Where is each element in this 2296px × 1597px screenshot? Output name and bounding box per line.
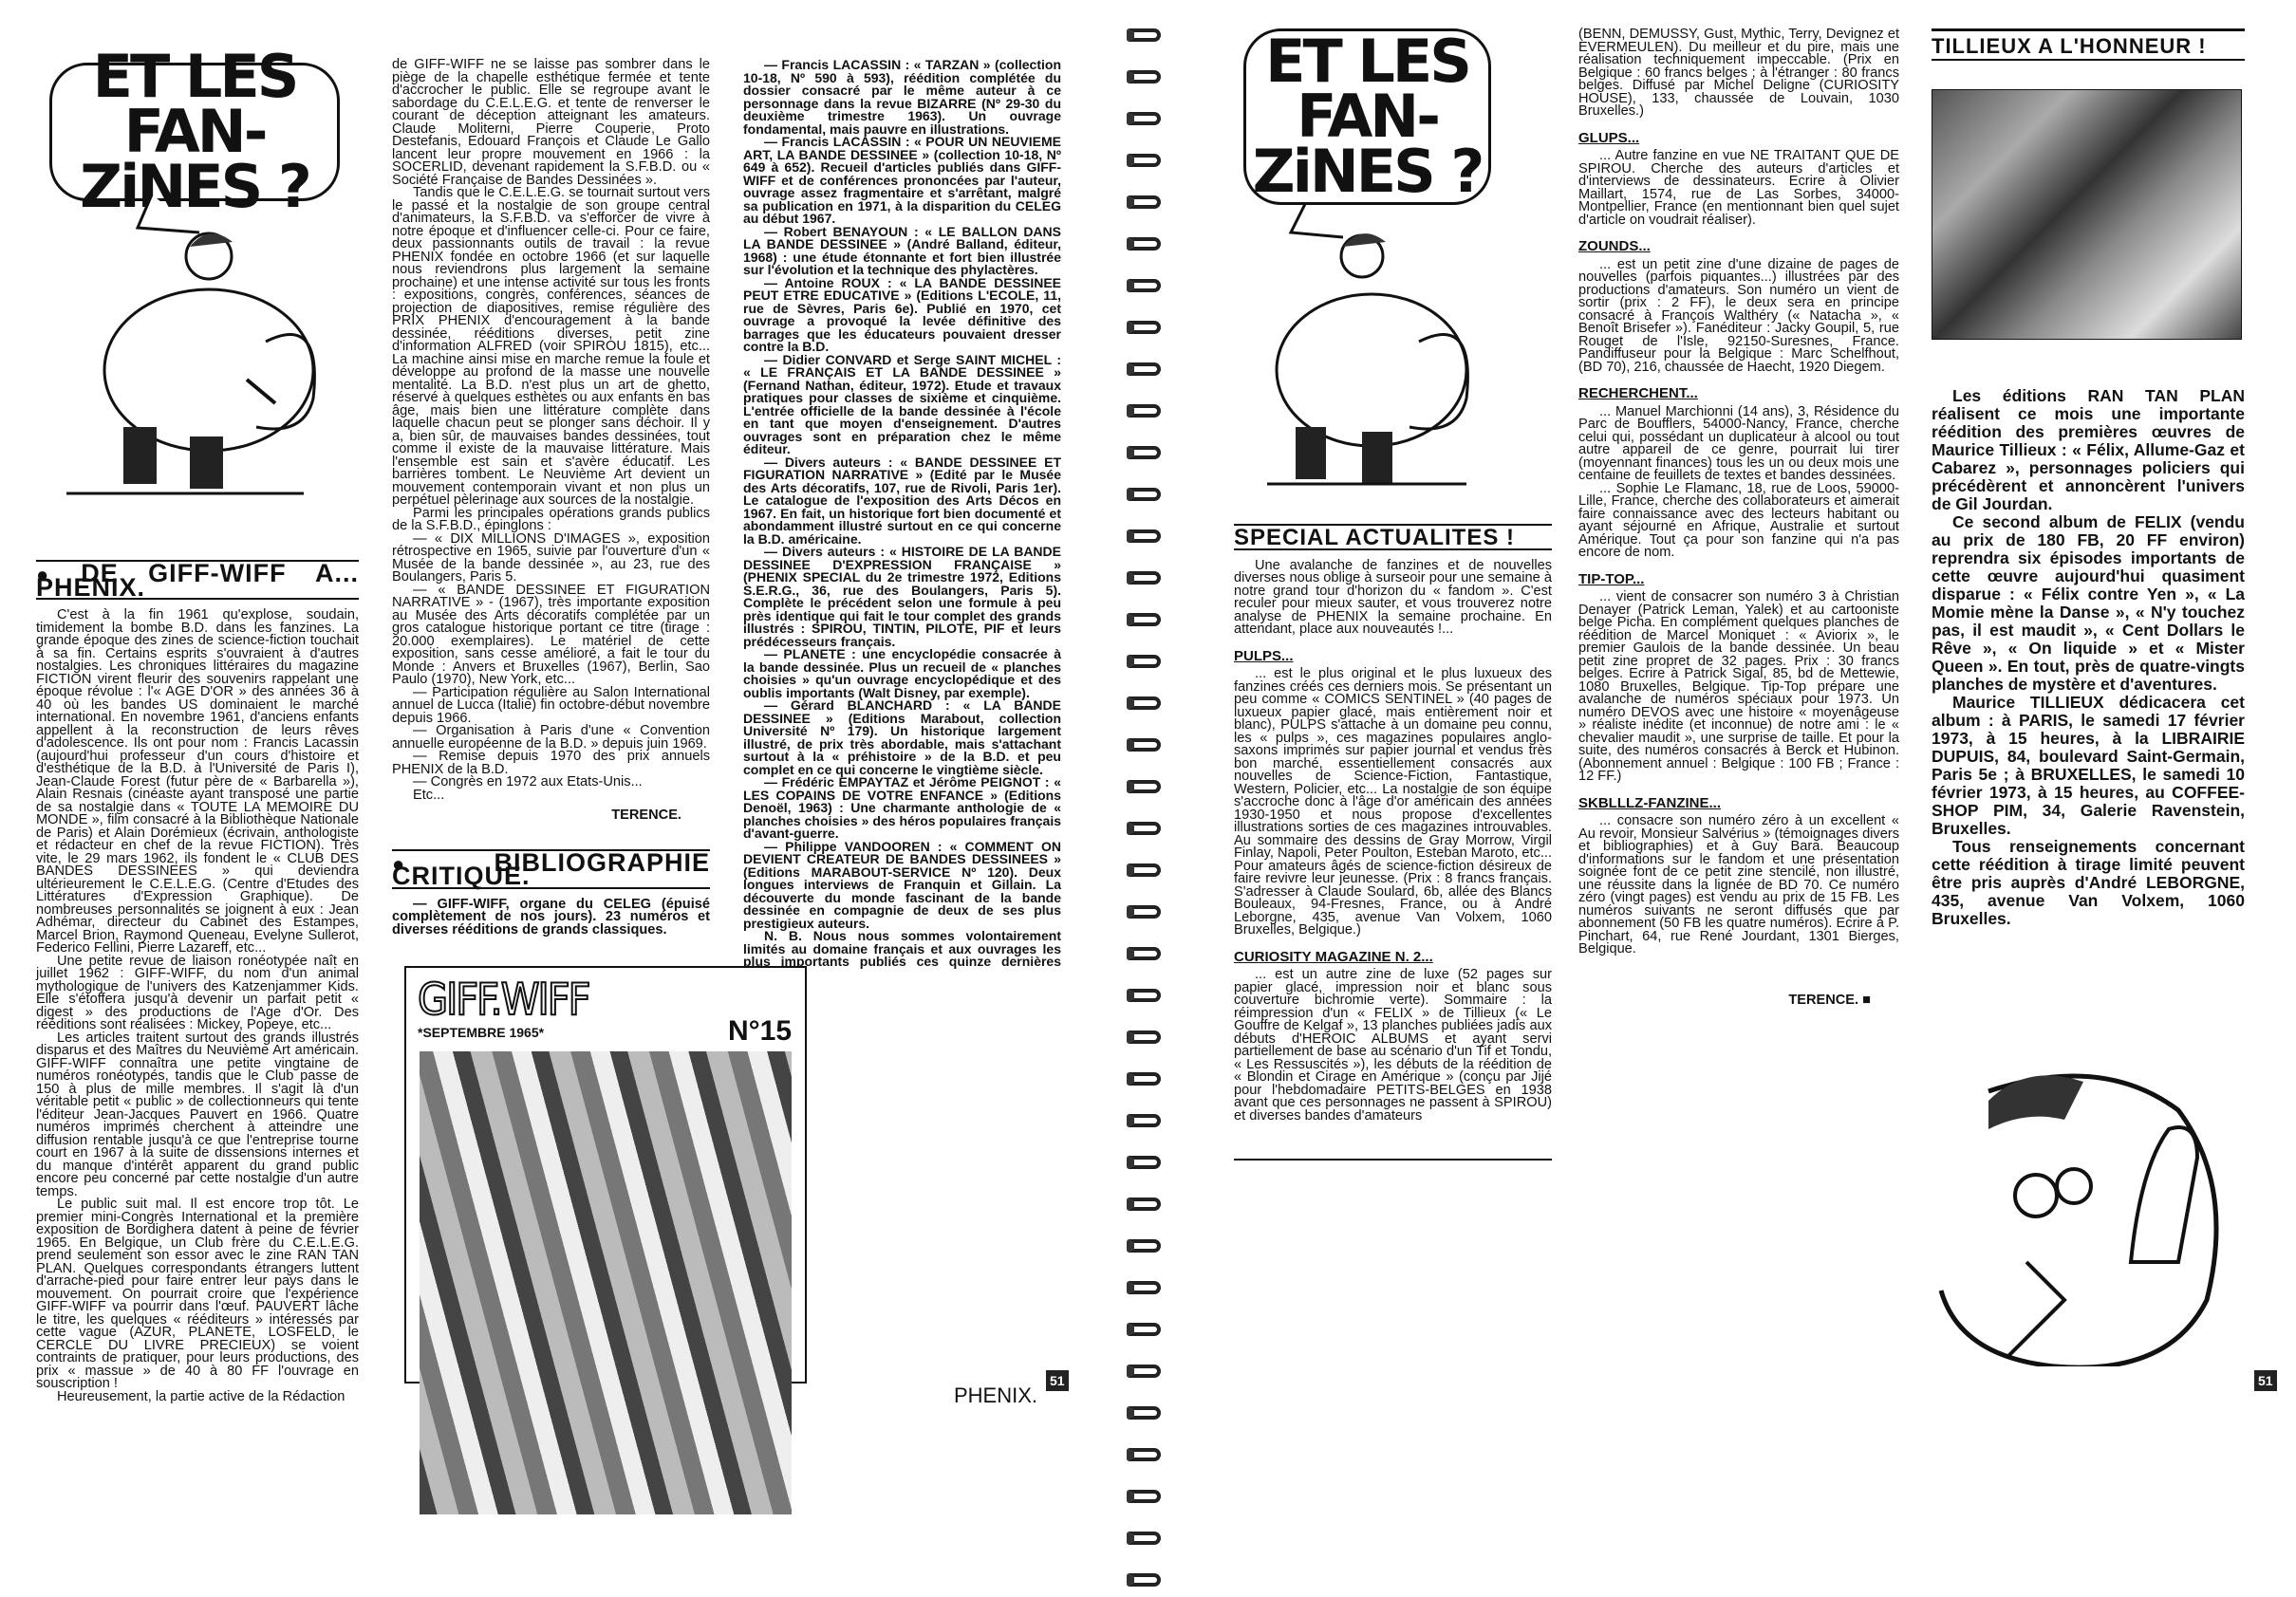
paragraph: Les éditions RAN TAN PLAN réalisent ce m… <box>1932 387 2245 513</box>
spiral-coil <box>1127 404 1161 418</box>
bibliography-entry: — Frédéric EMPAYTAZ et Jérôme PEIGNOT : … <box>743 776 1061 841</box>
spiral-coil <box>1127 362 1161 376</box>
paragraph: Parmi les principales opérations grands … <box>392 508 710 533</box>
cover-artwork <box>420 1051 792 1514</box>
paragraph: de GIFF-WIFF ne se laisse pas sombrer da… <box>392 59 710 187</box>
right-column-2: (BENN, DEMUSSY, Gust, Mythic, Terry, Dev… <box>1578 28 1899 1007</box>
paragraph: ... Manuel Marchionni (14 ans), 3, Résid… <box>1578 406 1899 483</box>
page-number: 51 <box>2254 1370 2277 1391</box>
paragraph: Une avalanche de fanzines et de nouvelle… <box>1234 560 1552 637</box>
bibliography-entry: — Robert BENAYOUN : « LE BALLON DANS LA … <box>743 226 1061 277</box>
column-2: de GIFF-WIFF ne se laisse pas sombrer da… <box>392 59 710 937</box>
spiral-coil <box>1127 237 1161 251</box>
bibliography-entry: — Antoine ROUX : « LA BANDE DESSINEE PEU… <box>743 277 1061 354</box>
spiral-binding <box>1115 0 1172 1597</box>
spiral-coil <box>1127 780 1161 793</box>
paragraph: Heureusement, la partie active de la Réd… <box>36 1391 359 1404</box>
bubble-line-2: ZiNES ? <box>1253 137 1483 206</box>
paragraph: ... Autre fanzine en vue NE TRAITANT QUE… <box>1578 150 1899 227</box>
list-item: — Participation régulière au Salon Inter… <box>392 687 710 726</box>
paragraph: Maurice TILLIEUX dédicacera cet album : … <box>1932 694 2245 838</box>
paragraph: C'est à la fin 1961 qu'explose, soudain,… <box>36 609 359 956</box>
bibliography-entry: — Divers auteurs : « HISTOIRE DE LA BAND… <box>743 546 1061 648</box>
elephant-cartoon-illustration <box>1248 199 1495 493</box>
paragraph: — GIFF-WIFF, organe du CELEG (épuisé com… <box>392 899 710 938</box>
right-page: ET LES FAN-ZiNES ? SPECIAL ACTUALITES ! … <box>1172 0 2296 1597</box>
bibliography-entry: — Francis LACASSIN : « TARZAN » (collect… <box>743 59 1061 136</box>
cover-date: *SEPTEMBRE 1965* <box>418 1025 544 1040</box>
paragraph: Tous renseignements concernant cette réé… <box>1932 838 2245 928</box>
elephant-cartoon-illustration <box>47 190 332 503</box>
spiral-coil <box>1127 1239 1161 1253</box>
spiral-coil <box>1127 905 1161 919</box>
spiral-coil <box>1127 613 1161 626</box>
paragraph: Tandis que le C.E.L.E.G. se tournait sur… <box>392 187 710 508</box>
spiral-coil <box>1127 1448 1161 1461</box>
entry-title-zounds: ZOUNDS... <box>1578 240 1899 253</box>
section-heading-tillieux: TILLIEUX A L'HONNEUR ! <box>1932 28 2245 61</box>
spiral-coil <box>1127 822 1161 835</box>
spiral-coil <box>1127 947 1161 960</box>
spiral-coil <box>1127 28 1161 42</box>
spiral-coil <box>1127 1156 1161 1169</box>
spiral-coil <box>1127 112 1161 125</box>
detective-cartoon-illustration <box>1932 1072 2254 1366</box>
bubble-line-1: ET LES FAN- <box>1265 27 1469 151</box>
bubble-line-1: ET LES FAN- <box>93 42 297 166</box>
paragraph: Ce second album de FELIX (vendu au prix … <box>1932 513 2245 694</box>
spiral-coil <box>1127 1406 1161 1420</box>
list-item: — « BANDE DESSINEE ET FIGURATION NARRATI… <box>392 585 710 687</box>
paragraph: ... est un autre zine de luxe (52 pages … <box>1234 969 1552 1123</box>
column-1: ●DE GIFF-WIFF A... PHENIX. C'est à la fi… <box>36 560 359 1403</box>
entry-title-glups: GLUPS... <box>1578 132 1899 145</box>
left-page: ET LES FAN-ZiNES ? ●DE GIFF-WIFF A... PH… <box>0 0 1115 1597</box>
bibliography-entry: — Didier CONVARD et Serge SAINT MICHEL :… <box>743 354 1061 456</box>
bibliography-entry: — Gérard BLANCHARD : « LA BANDE DESSINEE… <box>743 699 1061 776</box>
paragraph: ... consacre son numéro zéro à un excell… <box>1578 815 1899 956</box>
cover-title: GIFF.WIFF <box>418 974 588 1025</box>
spiral-coil <box>1127 1031 1161 1044</box>
page-number: 51 <box>1046 1370 1069 1391</box>
speech-bubble: ET LES FAN-ZiNES ? <box>49 63 340 201</box>
spiral-coil <box>1127 655 1161 668</box>
giff-wiff-cover-image: GIFF.WIFF *SEPTEMBRE 1965* N°15 <box>404 966 807 1383</box>
spiral-coil <box>1127 571 1161 585</box>
spiral-coil <box>1127 1532 1161 1545</box>
right-column-3: TILLIEUX A L'HONNEUR ! Les éditions RAN … <box>1932 28 2245 928</box>
bibliography-entry: — Philippe VANDOOREN : « COMMENT ON DEVI… <box>743 841 1061 931</box>
bibliography-entry: — PLANETE : une encyclopédie consacrée à… <box>743 648 1061 699</box>
list-item: — Organisation à Paris d'une « Conventio… <box>392 725 710 751</box>
spiral-coil <box>1127 70 1161 84</box>
paragraph: ... est un petit zine d'une dizaine de p… <box>1578 259 1899 375</box>
spiral-coil <box>1127 446 1161 459</box>
spiral-coil <box>1127 1365 1161 1378</box>
spiral-coil <box>1127 1198 1161 1211</box>
spiral-coil <box>1127 154 1161 167</box>
spiral-coil <box>1127 321 1161 334</box>
spiral-coil <box>1127 279 1161 292</box>
list-item: — Remise depuis 1970 des prix annuels PH… <box>392 751 710 776</box>
entry-title-curiosity: CURIOSITY MAGAZINE N. 2... <box>1234 951 1552 964</box>
bibliography-entry: — Francis LACASSIN : « POUR UN NEUVIEME … <box>743 136 1061 226</box>
spiral-coil <box>1127 1323 1161 1336</box>
author-signature: TERENCE. ■ <box>1578 994 1899 1008</box>
spiral-coil <box>1127 738 1161 752</box>
spiral-coil <box>1127 863 1161 877</box>
paragraph: (BENN, DEMUSSY, Gust, Mythic, Terry, Dev… <box>1578 28 1899 119</box>
paragraph: ... est le plus original et le plus luxu… <box>1234 668 1552 938</box>
right-column-1: SPECIAL ACTUALITES ! Une avalanche de fa… <box>1234 524 1552 1161</box>
end-mark-icon: ■ <box>1862 993 1871 1008</box>
spiral-coil <box>1127 1281 1161 1294</box>
cover-issue-number: N°15 <box>728 1015 792 1048</box>
entry-title-pulps: PULPS... <box>1234 650 1552 663</box>
entry-title-recherchent: RECHERCHENT... <box>1578 387 1899 400</box>
running-title: PHENIX. <box>954 1383 1037 1408</box>
spiral-coil <box>1127 1573 1161 1587</box>
entry-title-tip-top: TIP-TOP... <box>1578 573 1899 586</box>
list-item: — « DIX MILLIONS D'IMAGES », exposition … <box>392 533 710 585</box>
section-heading-giff-wiff: ●DE GIFF-WIFF A... PHENIX. <box>36 560 359 600</box>
column-3: — Francis LACASSIN : « TARZAN » (collect… <box>743 59 1061 981</box>
speech-bubble: ET LES FAN-ZiNES ? <box>1243 28 1491 205</box>
spiral-coil <box>1127 1490 1161 1503</box>
paragraph: Une petite revue de liaison ronéotypée n… <box>36 956 359 1032</box>
author-signature: TERENCE. <box>392 809 710 823</box>
paragraph: Etc... <box>392 789 710 803</box>
paragraph: Les articles traitent surtout des grands… <box>36 1032 359 1199</box>
spiral-coil <box>1127 195 1161 209</box>
spiral-coil <box>1127 1072 1161 1086</box>
spiral-coil <box>1127 529 1161 543</box>
paragraph: ... Sophie Le Flamanc, 18, rue de Loos, … <box>1578 483 1899 560</box>
spiral-coil <box>1127 696 1161 710</box>
section-heading-bibliographie: ●BIBLIOGRAPHIE CRITIQUE. <box>392 849 710 889</box>
bibliography-entry: — Divers auteurs : « BANDE DESSINEE ET F… <box>743 456 1061 547</box>
spiral-coil <box>1127 488 1161 501</box>
paragraph: Le public suit mal. Il est encore trop t… <box>36 1198 359 1391</box>
entry-title-skblllz: SKBLLLZ-FANZINE... <box>1578 797 1899 810</box>
spiral-coil <box>1127 989 1161 1002</box>
section-heading-special-actualites: SPECIAL ACTUALITES ! <box>1234 524 1552 550</box>
paragraph: ... vient de consacrer son numéro 3 à Ch… <box>1578 591 1899 784</box>
spiral-coil <box>1127 1114 1161 1127</box>
tillieux-photo <box>1932 89 2242 340</box>
